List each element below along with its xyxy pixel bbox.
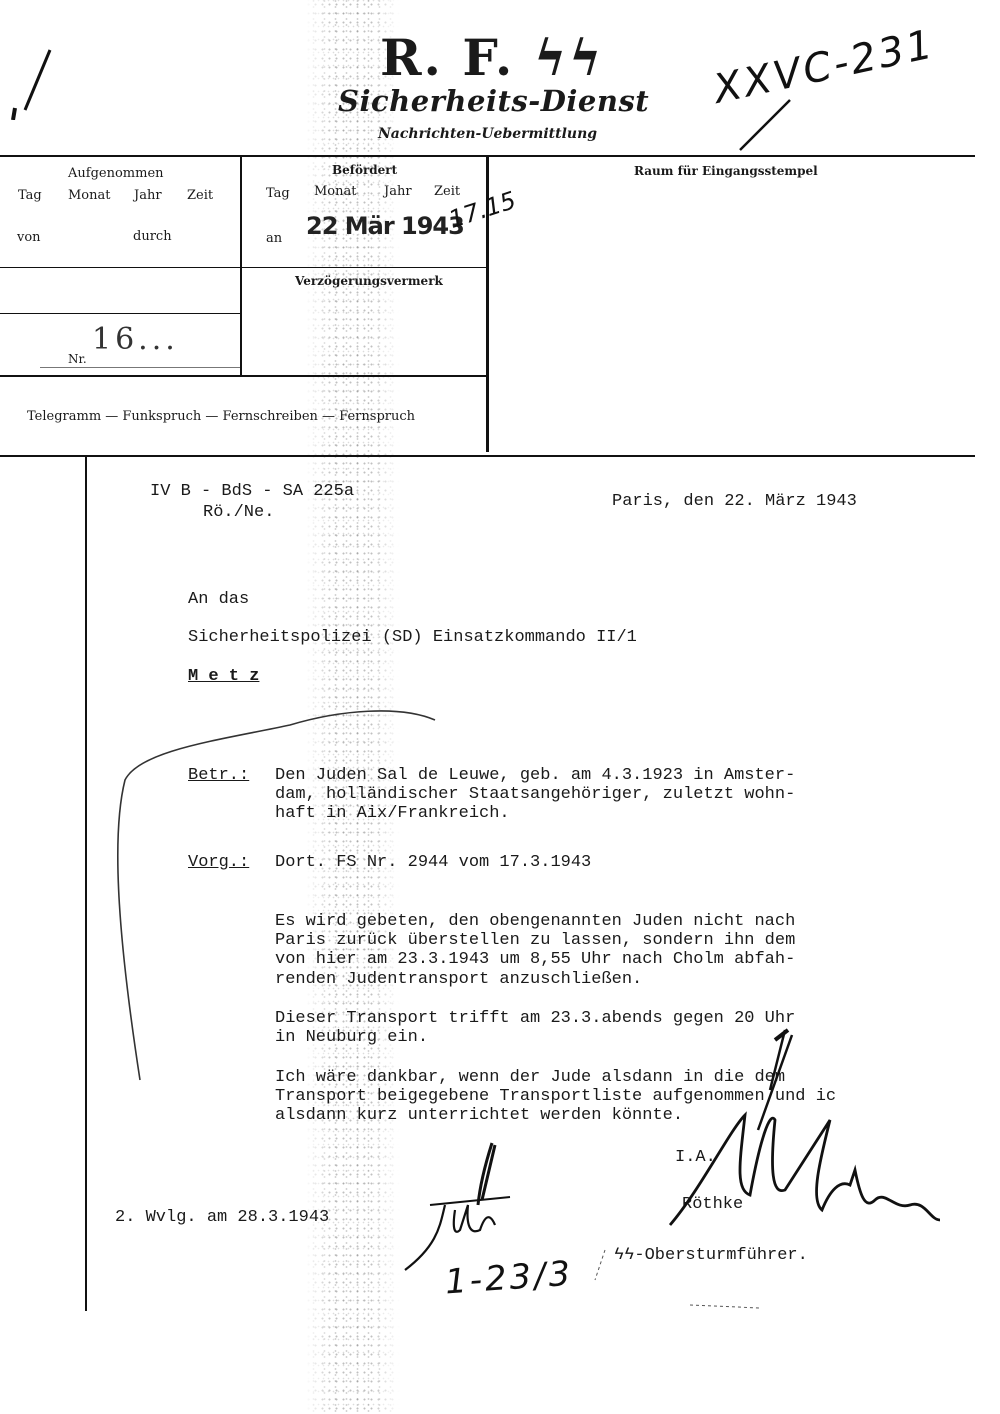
signature-handwritten — [660, 1020, 950, 1260]
body-p1-line-3: von hier am 23.3.1943 um 8,55 Uhr nach C… — [275, 950, 795, 970]
forwarded-col-day: Tag — [266, 186, 290, 201]
received-by-label: durch — [133, 229, 172, 244]
received-from-label: von — [17, 230, 41, 245]
body-p1-line-1: Es wird gebeten, den obengenannten Juden… — [275, 912, 795, 932]
recipient-line-1: An das — [188, 590, 249, 610]
forwarded-col-time: Zeit — [434, 184, 460, 199]
forwarded-heading: Befördert — [332, 163, 397, 177]
handwritten-initials — [400, 1135, 530, 1275]
forwarded-on-label: an — [266, 231, 282, 246]
followup-note: 2. Wvlg. am 28.3.1943 — [115, 1208, 329, 1228]
received-col-day: Tag — [18, 188, 42, 203]
forwarded-col-month: Monat — [314, 184, 357, 199]
form-bottom-border — [0, 455, 975, 457]
received-number-value: 16... — [92, 322, 179, 357]
body-p1-line-2: Paris zurück überstellen zu lassen, sond… — [275, 931, 795, 951]
subject-line-2: dam, holländischer Staatsangehöriger, zu… — [275, 785, 795, 805]
typist-initials: Rö./Ne. — [203, 503, 274, 523]
body-p3-line-3: alsdann kurz unterrichtet werden könnte. — [275, 1106, 683, 1126]
form-divider-1 — [240, 156, 242, 376]
reference-number: IV B - BdS - SA 225a — [150, 482, 354, 502]
letter-margin-line — [85, 456, 87, 1311]
prior-text: Dort. FS Nr. 2944 vom 17.3.1943 — [275, 853, 591, 873]
body-p1-line-4: renden Judentransport anzuschließen. — [275, 970, 642, 990]
recipient-city: M e t z — [188, 667, 259, 687]
forwarded-date-stamp: 22 Mär 1943 — [306, 212, 464, 240]
subject-line-1: Den Juden Sal de Leuwe, geb. am 4.3.1923… — [275, 766, 795, 786]
received-col-month: Monat — [68, 188, 111, 203]
delay-note-label: Verzögerungsvermerk — [295, 274, 443, 288]
stamp-area-label: Raum für Eingangsstempel — [634, 164, 818, 178]
received-col-time: Zeit — [187, 188, 213, 203]
prior-label: Vorg.: — [188, 853, 249, 873]
recipient-line-2: Sicherheitspolizei (SD) Einsatzkommando … — [188, 628, 637, 648]
number-dotted-line — [40, 367, 240, 368]
stray-pen-stroke — [5, 40, 55, 120]
subject-label: Betr.: — [188, 766, 249, 786]
forwarded-col-year: Jahr — [384, 184, 412, 199]
handwritten-date: 1-23/3 — [444, 1254, 575, 1303]
letterhead-title: R. F. ϟϟ — [380, 28, 604, 87]
place-date: Paris, den 22. März 1943 — [612, 492, 857, 512]
letterhead-subtitle: Nachrichten-Uebermittlung — [378, 126, 597, 142]
body-p2-line-2: in Neuburg ein. — [275, 1028, 428, 1048]
received-number-label: Nr. — [68, 352, 87, 366]
form-row-line-3 — [0, 375, 486, 377]
letterhead-organization: Sicherheits-Dienst — [338, 84, 649, 118]
form-row-line-2 — [0, 313, 240, 314]
received-col-year: Jahr — [134, 188, 162, 203]
form-row-line-1 — [0, 267, 486, 268]
archive-mark-stroke — [735, 95, 795, 155]
subject-line-3: haft in Aix/Frankreich. — [275, 804, 510, 824]
received-heading: Aufgenommen — [68, 166, 164, 181]
transmission-types: Telegramm — Funkspruch — Fernschreiben —… — [27, 409, 415, 424]
faint-pen-marks — [590, 1240, 770, 1310]
